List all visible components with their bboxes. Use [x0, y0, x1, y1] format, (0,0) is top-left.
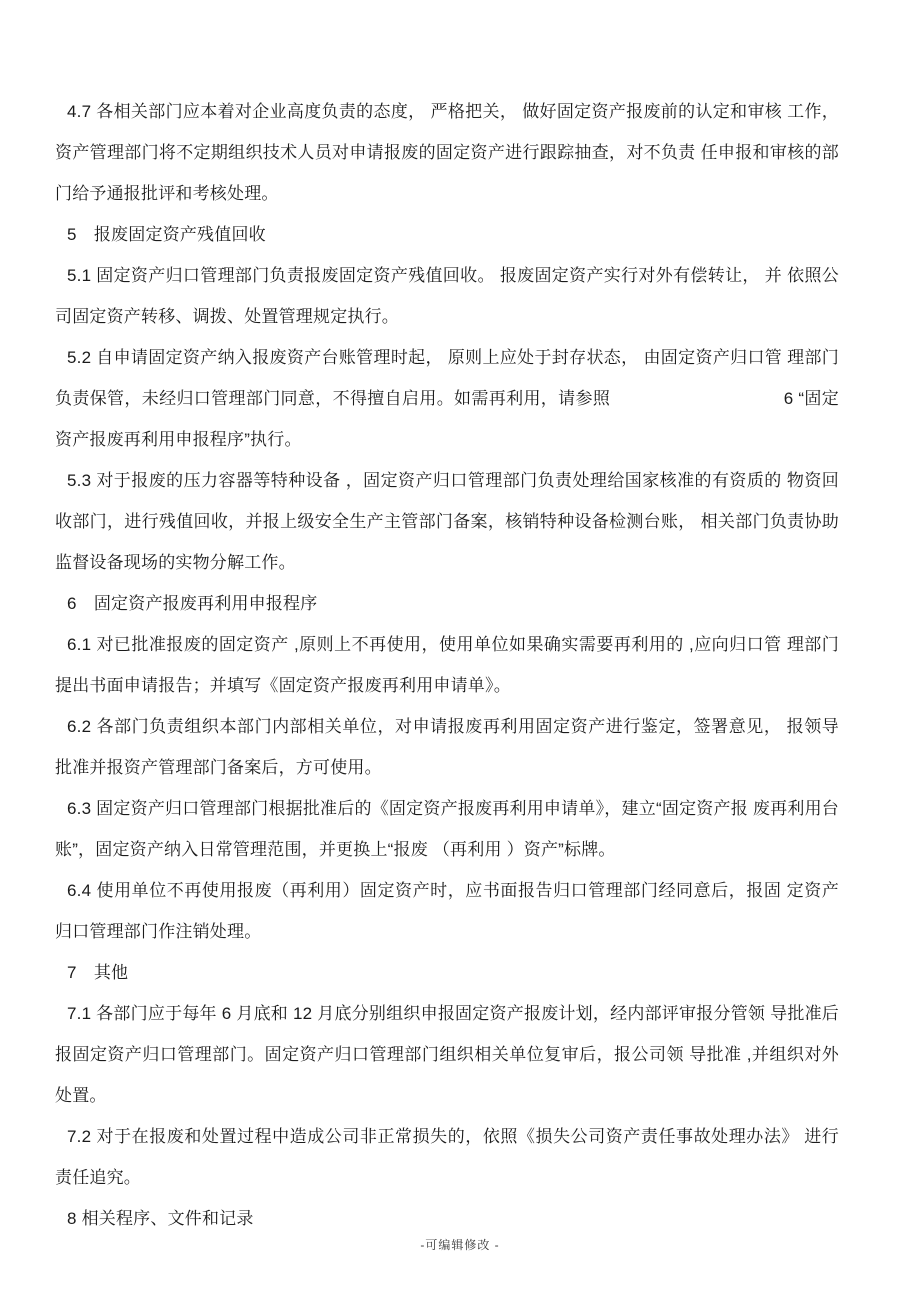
footer-watermark: -可编辑修改 -	[0, 1236, 920, 1254]
paragraph-5-2: 5.2 自申请固定资产纳入报废资产台账管理时起， 原则上应处于封存状态， 由固定…	[55, 337, 839, 460]
section-heading-8: 8 相关程序、文件和记录	[55, 1198, 839, 1239]
paragraph-7-1: 7.1 各部门应于每年 6 月底和 12 月底分别组织申报固定资产报废计划，经内…	[55, 993, 839, 1116]
section-heading-5: 5 报废固定资产残值回收	[55, 214, 839, 255]
paragraph-6-1: 6.1 对已批准报废的固定资产 ,原则上不再使用，使用单位如果确实需要再利用的 …	[55, 624, 839, 706]
paragraph-5-3: 5.3 对于报废的压力容器等特种设备 ，固定资产归口管理部门负责处理给国家核准的…	[55, 460, 839, 583]
document-body: 4.7 各相关部门应本着对企业高度负责的态度， 严格把关， 做好固定资产报废前的…	[55, 91, 839, 1239]
paragraph-6-2: 6.2 各部门负责组织本部门内部相关单位，对申请报废再利用固定资产进行鉴定，签署…	[55, 706, 839, 788]
paragraph-4-7: 4.7 各相关部门应本着对企业高度负责的态度， 严格把关， 做好固定资产报废前的…	[55, 91, 839, 214]
paragraph-5-1: 5.1 固定资产归口管理部门负责报废固定资产残值回收。 报废固定资产实行对外有偿…	[55, 255, 839, 337]
section-heading-6: 6 固定资产报废再利用申报程序	[55, 583, 839, 624]
paragraph-7-2: 7.2 对于在报废和处置过程中造成公司非正常损失的，依照《损失公司资产责任事故处…	[55, 1116, 839, 1198]
paragraph-6-4: 6.4 使用单位不再使用报废（再利用）固定资产时，应书面报告归口管理部门经同意后…	[55, 870, 839, 952]
section-heading-7: 7 其他	[55, 952, 839, 993]
paragraph-6-3: 6.3 固定资产归口管理部门根据批准后的《固定资产报废再利用申请单》，建立“固定…	[55, 788, 839, 870]
document-page: { "page": { "background": "#ffffff", "te…	[0, 0, 920, 1303]
